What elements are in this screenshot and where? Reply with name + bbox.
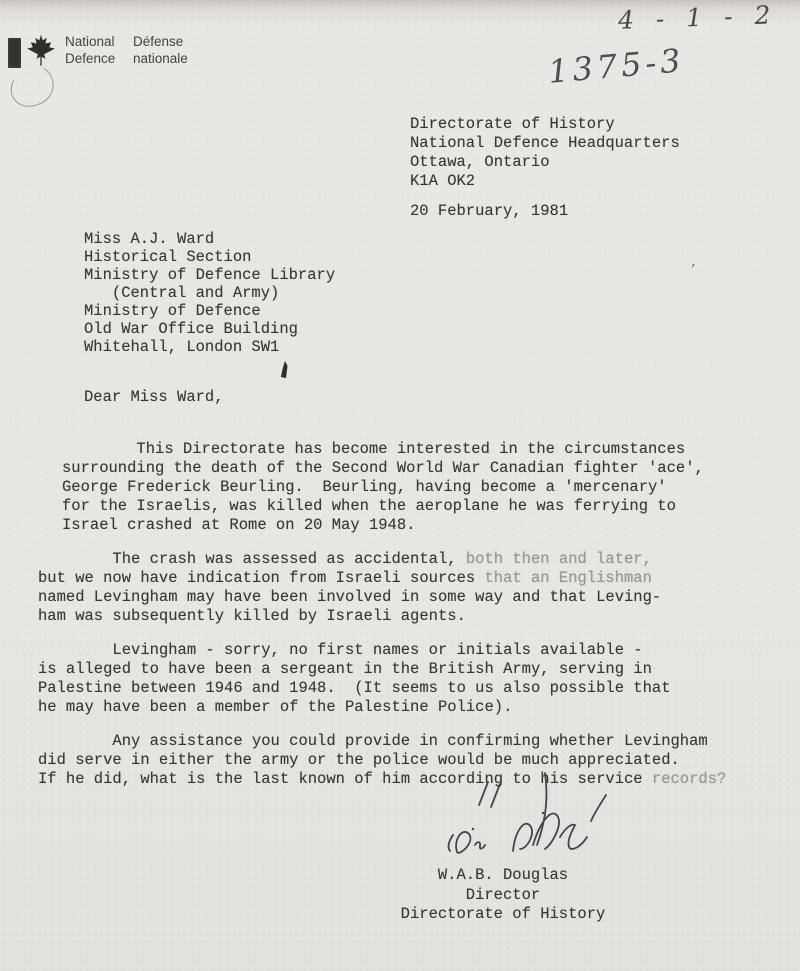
paragraph: This Directorate has become interested i… (62, 440, 748, 535)
handwritten-file-number: 1375-3 (547, 41, 686, 91)
body-line: for the Israelis, was killed when the ae… (62, 497, 748, 516)
body-line: Israel crashed at Rome on 20 May 1948. (62, 516, 748, 535)
paragraph: Any assistance you could provide in conf… (38, 732, 748, 789)
recipient-address-line: (Central and Army) (84, 284, 335, 302)
text-segment: (Central and Army) (84, 284, 279, 302)
scanned-letter-page: { "letterhead": { "en_line1": "National"… (0, 0, 800, 971)
body-line: did serve in either the army or the poli… (38, 751, 748, 770)
signatory-title: Director (398, 886, 608, 906)
signature-block: W.A.B. Douglas Director Directorate of H… (398, 866, 608, 925)
salutation: Dear Miss Ward, (84, 388, 224, 407)
text-segment: ham was subsequently killed by Israeli a… (38, 607, 466, 625)
text-segment: Old War Office Building (84, 320, 298, 338)
ink-tick-mark (278, 360, 290, 379)
sender-address-line: Directorate of History (410, 115, 680, 134)
body-line: Any assistance you could provide in conf… (38, 732, 748, 751)
recipient-address-line: Ministry of Defence Library (84, 266, 335, 284)
text-segment: The crash was assessed as accidental, (38, 550, 466, 568)
text-segment: Palestine between 1946 and 1948. (It see… (38, 679, 671, 697)
signature-scrawl (395, 755, 630, 867)
signatory-name: W.A.B. Douglas (398, 866, 608, 886)
text-segment: Ottawa, Ontario (410, 153, 550, 171)
sender-address-line: K1A OK2 (410, 172, 680, 191)
body-line: is alleged to have been a sergeant in th… (38, 660, 748, 679)
text-segment: Ministry of Defence (84, 302, 261, 320)
faded-text-segment: that an Englishman (484, 569, 651, 587)
text-segment: National Defence Headquarters (410, 134, 680, 152)
letterhead-fr-line2: nationale (133, 50, 188, 67)
body-line: named Levingham may have been involved i… (38, 588, 748, 607)
text-segment: Historical Section (84, 248, 251, 266)
text-segment: Levingham - sorry, no first names or ini… (38, 641, 643, 659)
recipient-address-line: Historical Section (84, 248, 335, 266)
recipient-address-line: Whitehall, London SW1 (84, 338, 335, 356)
faded-text-segment: both then and later, (466, 550, 652, 568)
recipient-address-line: Miss A.J. Ward (84, 230, 335, 248)
text-segment: Miss A.J. Ward (84, 230, 214, 248)
letterhead-fr-line1: Défense (133, 33, 188, 50)
text-segment: Ministry of Defence Library (84, 266, 335, 284)
text-segment: This Directorate has become interested i… (62, 440, 685, 458)
letter-body: This Directorate has become interested i… (38, 440, 748, 804)
text-segment: surrounding the death of the Second Worl… (62, 459, 704, 477)
letterhead-en-line2: Defence (65, 50, 115, 67)
body-line: Levingham - sorry, no first names or ini… (38, 641, 748, 660)
text-segment: Israel crashed at Rome on 20 May 1948. (62, 516, 415, 534)
recipient-address-line: Ministry of Defence (84, 302, 335, 320)
text-segment: named Levingham may have been involved i… (38, 588, 661, 606)
national-defence-emblem (8, 34, 60, 104)
body-line: If he did, what is the last known of him… (38, 770, 748, 789)
text-segment: is alleged to have been a sergeant in th… (38, 660, 652, 678)
text-segment: for the Israelis, was killed when the ae… (62, 497, 676, 515)
body-line: he may have been a member of the Palesti… (38, 698, 748, 717)
faded-text-segment: records? (652, 770, 726, 788)
sender-address-line: National Defence Headquarters (410, 134, 680, 153)
paragraph: The crash was assessed as accidental, bo… (38, 550, 748, 626)
sender-lines: Directorate of HistoryNational Defence H… (410, 115, 680, 191)
body-line: The crash was assessed as accidental, bo… (38, 550, 748, 569)
flag-bar-icon (8, 38, 21, 68)
letterhead-en-line1: National (65, 33, 115, 50)
text-segment: Any assistance you could provide in conf… (38, 732, 708, 750)
signatory-org: Directorate of History (398, 905, 608, 925)
recipient-address-line: Old War Office Building (84, 320, 335, 338)
letter-date: 20 February, 1981 (410, 202, 680, 221)
handwritten-top-number: 4 - 1 - 2 (618, 0, 778, 35)
body-line: Palestine between 1946 and 1948. (It see… (38, 679, 748, 698)
text-segment: K1A OK2 (410, 172, 475, 190)
body-line: ham was subsequently killed by Israeli a… (38, 607, 748, 626)
sender-address-block: Directorate of HistoryNational Defence H… (410, 115, 680, 221)
text-segment: Whitehall, London SW1 (84, 338, 279, 356)
recipient-address-block: Miss A.J. WardHistorical SectionMinistry… (84, 230, 335, 356)
body-line: This Directorate has become interested i… (62, 440, 748, 459)
text-segment: Directorate of History (410, 115, 615, 133)
body-line: George Frederick Beurling. Beurling, hav… (62, 478, 748, 497)
text-segment: he may have been a member of the Palesti… (38, 698, 512, 716)
text-segment: but we now have indication from Israeli … (38, 569, 484, 587)
letterhead-french: Défense nationale (133, 33, 188, 67)
sender-address-line: Ottawa, Ontario (410, 153, 680, 172)
letterhead-english: National Defence (65, 33, 115, 67)
text-segment: George Frederick Beurling. Beurling, hav… (62, 478, 667, 496)
ink-speck: ’ (690, 264, 697, 276)
paragraph: Levingham - sorry, no first names or ini… (38, 641, 748, 717)
body-line: but we now have indication from Israeli … (38, 569, 748, 588)
body-line: surrounding the death of the Second Worl… (62, 459, 748, 478)
